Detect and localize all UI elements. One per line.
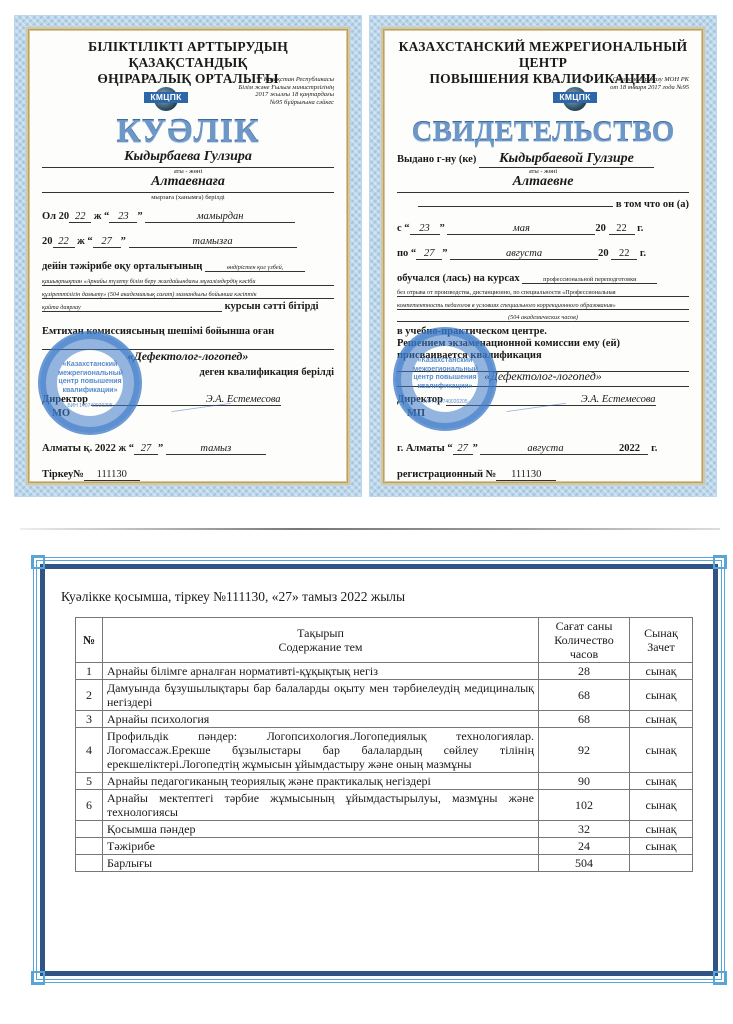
from-month: мамырдан bbox=[145, 211, 295, 223]
organization-stamp: «Казахстанский межрегиональный центр пов… bbox=[38, 331, 142, 435]
course-line: өндірістен қол үзбей, bbox=[205, 264, 305, 272]
label: ж “ bbox=[77, 236, 93, 247]
row-topic: Тәжірибе bbox=[103, 838, 539, 855]
table-row: Барлығы504 bbox=[76, 855, 693, 872]
table-row: 3Арнайы психология68сынақ bbox=[76, 711, 693, 728]
reg-label: Тіркеу№ bbox=[42, 469, 84, 480]
divider bbox=[397, 192, 689, 193]
frame-corner bbox=[713, 971, 727, 985]
row-hours: 24 bbox=[539, 838, 630, 855]
row-topic: Арнайы білімге арналған нормативті-құқық… bbox=[103, 663, 539, 680]
appendix-heading: Куәлікке қосымша, тіркеу №111130, «27» т… bbox=[61, 589, 405, 605]
date-month: августа bbox=[480, 443, 610, 455]
row-hours: 28 bbox=[539, 663, 630, 680]
certificate-body: БІЛІКТІЛІКТІ АРТТЫРУДЫҢ ҚАЗАҚСТАНДЫҚ ӨҢІ… bbox=[26, 27, 350, 485]
decree-line: от 18 января 2017 года №95 bbox=[610, 84, 689, 92]
label: ” bbox=[137, 211, 142, 222]
row-topic: Арнайы мектептегі тәрбие жұмысының ұйымд… bbox=[103, 790, 539, 821]
that-label: в том что он (а) bbox=[616, 199, 689, 210]
reg-number: 111130 bbox=[496, 469, 556, 481]
registration-row: регистрационный №111130 bbox=[397, 469, 689, 481]
registration-row: Тіркеу№111130 bbox=[42, 469, 334, 481]
row-topic: Барлығы bbox=[103, 855, 539, 872]
row-number bbox=[76, 821, 103, 838]
row-topic: Дамуында бұзушылықтары бар балаларды оқы… bbox=[103, 680, 539, 711]
col-pass: Сынақ Зачет bbox=[630, 618, 693, 663]
course-lead: дейін тәжірибе оқу орталығының bbox=[42, 261, 202, 272]
frame-corner bbox=[31, 971, 45, 985]
row-result: сынақ bbox=[630, 711, 693, 728]
decree-line: 2017 жылғы 18 қаңтардағы bbox=[238, 91, 334, 99]
row-hours: 68 bbox=[539, 680, 630, 711]
col-hours-kz: Сағат саны bbox=[543, 619, 625, 633]
recipient-name: Кыдырбаевой Гулзире bbox=[479, 151, 654, 168]
from-year: 22 bbox=[609, 223, 635, 235]
decree-note: Қазақстан Республикасы Білім және Ғылым … bbox=[238, 76, 334, 106]
decree-line: Қазақстан Республикасы bbox=[238, 76, 334, 84]
label: ” bbox=[158, 443, 163, 454]
to-day: 27 bbox=[416, 248, 442, 260]
date-to-row: по “27” августа20 22 г. bbox=[397, 248, 689, 260]
document-title: КУӘЛІК bbox=[30, 115, 346, 149]
to-year: 22 bbox=[611, 248, 637, 260]
from-day: 23 bbox=[109, 211, 137, 223]
row-number: 2 bbox=[76, 680, 103, 711]
stamp-text: «Казахстанский межрегиональный центр пов… bbox=[58, 361, 122, 395]
row-result: сынақ bbox=[630, 728, 693, 773]
from-day: 23 bbox=[410, 223, 440, 235]
row-number: 5 bbox=[76, 773, 103, 790]
label: по “ bbox=[397, 248, 416, 259]
date-from-row: с “23” мая20 22 г. bbox=[397, 223, 689, 235]
decree-line: Согласно Приказу МОН РК bbox=[610, 76, 689, 84]
topics-body: 1Арнайы білімге арналған нормативті-құқы… bbox=[76, 663, 693, 872]
course-line: құзіреттілігін дамыту» (504 академиялық … bbox=[42, 291, 334, 299]
date-day: 27 bbox=[453, 443, 473, 455]
logo-text: КМЦПК bbox=[144, 92, 188, 103]
label: 20 bbox=[598, 248, 609, 259]
label: ” bbox=[121, 236, 126, 247]
recipient-name: Кыдырбаева Гулзира bbox=[124, 149, 252, 164]
recipient-row: Выдано г-ну (ке) Кыдырбаевой Гулзире bbox=[397, 151, 689, 168]
org-title-line1: КАЗАХСТАНСКИЙ МЕЖРЕГИОНАЛЬНЫЙ ЦЕНТР bbox=[397, 39, 689, 71]
row-hours: 92 bbox=[539, 728, 630, 773]
label: г. bbox=[651, 443, 657, 454]
patronymic-row: Алтаевнаға bbox=[42, 174, 334, 190]
from-year: 22 bbox=[69, 211, 91, 223]
table-header: № Тақырып Содержание тем Сағат саны Коли… bbox=[76, 618, 693, 663]
label: ” bbox=[440, 223, 445, 234]
col-topic-ru: Содержание тем bbox=[107, 640, 534, 654]
decree-line: Білім және Ғылым министрлігінің bbox=[238, 84, 334, 92]
label: ” bbox=[473, 443, 478, 454]
row-topic: Арнайы психология bbox=[103, 711, 539, 728]
col-num: № bbox=[76, 618, 103, 663]
to-month: августа bbox=[450, 248, 598, 260]
table-row: 2Дамуында бұзушылықтары бар балаларды оқ… bbox=[76, 680, 693, 711]
course-lead-row: дейін тәжірибе оқу орталығының өндірісте… bbox=[42, 261, 334, 272]
col-pass-kz: Сынақ bbox=[634, 626, 688, 640]
label: 20 bbox=[595, 223, 606, 234]
course-line: қашықтықтан «Арнайы түзету білім беру жа… bbox=[42, 278, 334, 286]
label: Алматы қ. 2022 bbox=[42, 443, 116, 454]
reg-number: 111130 bbox=[84, 469, 140, 481]
that-row: в том что он (а) bbox=[397, 199, 689, 210]
qualification: «Дефектолог-логопед» bbox=[484, 369, 602, 383]
table-row: Қосымша пәндер32сынақ bbox=[76, 821, 693, 838]
stamp-text: «Казахстанский межрегиональный центр пов… bbox=[413, 357, 477, 391]
issued-label: Выдано г-ну (ке) bbox=[397, 154, 476, 165]
date-to-row: 2022 ж “27” тамызға bbox=[42, 236, 334, 248]
org-title-line1: БІЛІКТІЛІКТІ АРТТЫРУДЫҢ ҚАЗАҚСТАНДЫҚ bbox=[42, 39, 334, 71]
frame-corner bbox=[31, 555, 45, 569]
label: ж “ bbox=[118, 443, 134, 454]
stamp-bin: БИН 140740020205 bbox=[395, 399, 495, 405]
qualification: «Дефектолог-логопед» bbox=[128, 349, 249, 363]
studied-row: обучался (лась) на курсах профессиональн… bbox=[397, 273, 689, 284]
date-day: 27 bbox=[134, 443, 158, 455]
recipient-row: Кыдырбаева Гулзира bbox=[42, 149, 334, 165]
label: ” bbox=[442, 248, 447, 259]
logo-text: КМЦПК bbox=[553, 92, 597, 103]
patronymic-row: Алтаевне bbox=[397, 174, 689, 190]
row-hours: 102 bbox=[539, 790, 630, 821]
certificate-appendix: Куәлікке қосымша, тіркеу №111130, «27» т… bbox=[40, 564, 718, 976]
table-row: 1Арнайы білімге арналған нормативті-құқы… bbox=[76, 663, 693, 680]
label: г. Алматы “ bbox=[397, 443, 453, 454]
row-number bbox=[76, 855, 103, 872]
kmcpk-logo: КМЦПК bbox=[553, 83, 597, 113]
col-hours-ru: Количество часов bbox=[543, 633, 625, 661]
row-result: сынақ bbox=[630, 680, 693, 711]
table-row: 6Арнайы мектептегі тәрбие жұмысының ұйым… bbox=[76, 790, 693, 821]
table-row: 5Арнайы педагогиканың теориялық және пра… bbox=[76, 773, 693, 790]
course-line: без отрыва от производства, дистанционно… bbox=[397, 289, 689, 297]
row-topic: Профильдік пәндер: Логопсихология.Логопе… bbox=[103, 728, 539, 773]
row-number: 3 bbox=[76, 711, 103, 728]
date-from-row: Ол 2022 ж “23” мамырдан bbox=[42, 211, 334, 223]
table-row: 4Профильдік пәндер: Логопсихология.Логоп… bbox=[76, 728, 693, 773]
document-title: СВИДЕТЕЛЬСТВО bbox=[385, 115, 701, 149]
russian-certificate: КАЗАХСТАНСКИЙ МЕЖРЕГИОНАЛЬНЫЙ ЦЕНТР ПОВЫ… bbox=[369, 15, 717, 497]
topics-table: № Тақырып Содержание тем Сағат саны Коли… bbox=[75, 617, 693, 872]
table-row: Тәжірибе24сынақ bbox=[76, 838, 693, 855]
course-line: қайта даярлау bbox=[42, 304, 222, 312]
date-year: 2022 bbox=[610, 443, 648, 455]
blank-line bbox=[418, 206, 613, 207]
date-month: тамыз bbox=[166, 443, 266, 455]
frame-corner bbox=[713, 555, 727, 569]
row-number: 1 bbox=[76, 663, 103, 680]
course-completed-row: қайта даярлау курсын сәтті бітірді bbox=[42, 301, 334, 312]
row-result: сынақ bbox=[630, 663, 693, 680]
label: г. bbox=[637, 223, 643, 234]
row-hours: 90 bbox=[539, 773, 630, 790]
row-hours: 504 bbox=[539, 855, 630, 872]
place-date-row: г. Алматы “27” августа2022 г. bbox=[397, 443, 689, 455]
row-number: 6 bbox=[76, 790, 103, 821]
course-line: профессиональной переподготовки bbox=[522, 276, 657, 284]
patronymic: Алтаевнаға bbox=[151, 174, 225, 189]
row-result: сынақ bbox=[630, 838, 693, 855]
label: ж “ bbox=[94, 211, 110, 222]
col-hours: Сағат саны Количество часов bbox=[539, 618, 630, 663]
certificate-body: КАЗАХСТАНСКИЙ МЕЖРЕГИОНАЛЬНЫЙ ЦЕНТР ПОВЫ… bbox=[381, 27, 705, 485]
issued-caption: мырзаға (ханымға) берілді bbox=[30, 194, 346, 201]
qualification-suffix: деген квалификация берілді bbox=[200, 367, 334, 378]
course-line: компетентность педагогов в условиях спец… bbox=[397, 302, 689, 310]
to-year: 22 bbox=[53, 236, 75, 248]
col-topic: Тақырып Содержание тем bbox=[103, 618, 539, 663]
organization-stamp: «Казахстанский межрегиональный центр пов… bbox=[393, 327, 497, 431]
course-completed: курсын сәтті бітірді bbox=[225, 301, 319, 312]
divider bbox=[42, 192, 334, 193]
to-day: 27 bbox=[93, 236, 121, 248]
kazakh-certificate: БІЛІКТІЛІКТІ АРТТЫРУДЫҢ ҚАЗАҚСТАНДЫҚ ӨҢІ… bbox=[14, 15, 362, 497]
label: г. bbox=[640, 248, 646, 259]
row-result: сынақ bbox=[630, 773, 693, 790]
reg-label: регистрационный № bbox=[397, 469, 496, 480]
col-pass-ru: Зачет bbox=[634, 640, 688, 654]
page-edge bbox=[20, 528, 720, 530]
row-topic: Қосымша пәндер bbox=[103, 821, 539, 838]
row-result bbox=[630, 855, 693, 872]
row-number: 4 bbox=[76, 728, 103, 773]
label: 20 bbox=[42, 236, 53, 247]
stamp-bin: БИН 140740020205 bbox=[40, 403, 140, 409]
row-hours: 32 bbox=[539, 821, 630, 838]
row-result: сынақ bbox=[630, 790, 693, 821]
decree-line: №95 бұйрығына сәйкес bbox=[238, 99, 334, 107]
patronymic: Алтаевне bbox=[513, 174, 574, 189]
col-topic-kz: Тақырып bbox=[107, 626, 534, 640]
decree-note: Согласно Приказу МОН РК от 18 января 201… bbox=[610, 76, 689, 91]
row-topic: Арнайы педагогиканың теориялық және прак… bbox=[103, 773, 539, 790]
label: с “ bbox=[397, 223, 410, 234]
row-number bbox=[76, 838, 103, 855]
course-line: (504 академических часов) bbox=[397, 314, 689, 322]
to-month: тамызға bbox=[129, 236, 297, 248]
place-date-row: Алматы қ. 2022 ж “27” тамыз bbox=[42, 443, 334, 455]
row-result: сынақ bbox=[630, 821, 693, 838]
studied-label: обучался (лась) на курсах bbox=[397, 273, 520, 284]
from-month: мая bbox=[447, 223, 595, 235]
label: Ол 20 bbox=[42, 211, 69, 222]
kmcpk-logo: КМЦПК bbox=[144, 83, 188, 113]
row-hours: 68 bbox=[539, 711, 630, 728]
